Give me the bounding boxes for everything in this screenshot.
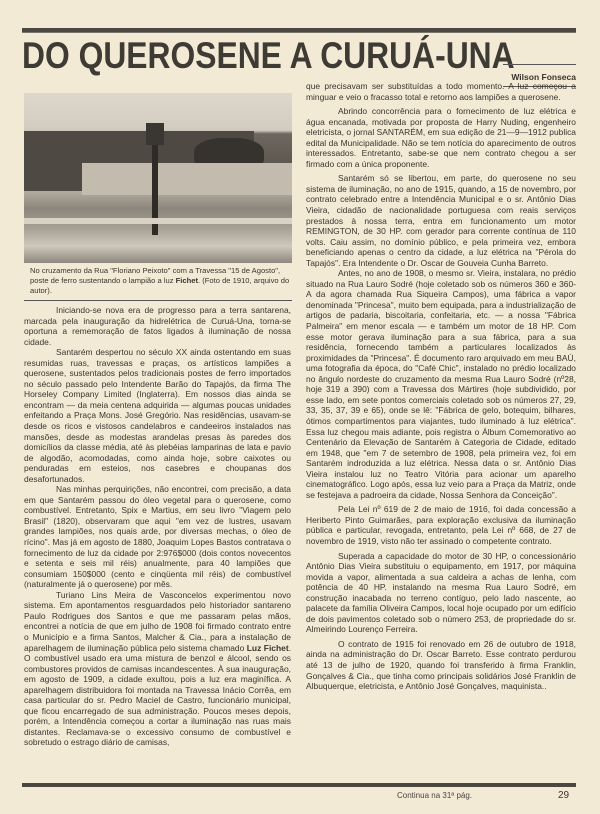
bottom-rule	[22, 783, 576, 787]
caption-rule	[24, 300, 292, 301]
right-column: que precisavam ser substituídas a todo m…	[306, 81, 576, 692]
paragraph: Santarém despertou no século XX ainda os…	[24, 347, 291, 484]
paragraph: Nas minhas perquirições, não encontrei, …	[24, 484, 291, 589]
top-rule	[22, 28, 576, 33]
paragraph: Pela Lei nº 619 de 2 de maio de 1916, fo…	[306, 504, 576, 546]
photo-lamp	[146, 123, 164, 145]
historic-photo	[24, 93, 292, 263]
paragraph: Santarém só se libertou, em parte, do qu…	[306, 173, 576, 268]
continuation-note: Continua na 31ª pág.	[397, 791, 472, 800]
paragraph: Abrindo concorrência para o fornecimento…	[306, 106, 576, 169]
luz-fichet-bold: Luz Fichet	[247, 643, 289, 653]
left-column: Iniciando-se nova era de progresso para …	[24, 305, 291, 748]
paragraph: que precisavam ser substituídas a todo m…	[306, 81, 576, 102]
page-number: 29	[558, 790, 569, 801]
photo-wall	[82, 163, 292, 195]
article-title: DO QUEROSENE A CURUÁ-UNA	[22, 36, 515, 76]
paragraph: O contrato de 1915 foi renovado em 26 de…	[306, 639, 576, 692]
paragraph: Superada a capacidade do motor de 30 HP,…	[306, 551, 576, 635]
paragraph: Antes, no ano de 1908, o mesmo sr. Vieir…	[306, 268, 576, 500]
paragraph: Turiano Lins Meira de Vasconcelos experi…	[24, 590, 291, 748]
photo-caption: No cruzamento da Rua "Floriano Peixoto" …	[30, 266, 292, 296]
photo-fence	[24, 218, 292, 224]
paragraph: Iniciando-se nova era de progresso para …	[24, 305, 291, 347]
